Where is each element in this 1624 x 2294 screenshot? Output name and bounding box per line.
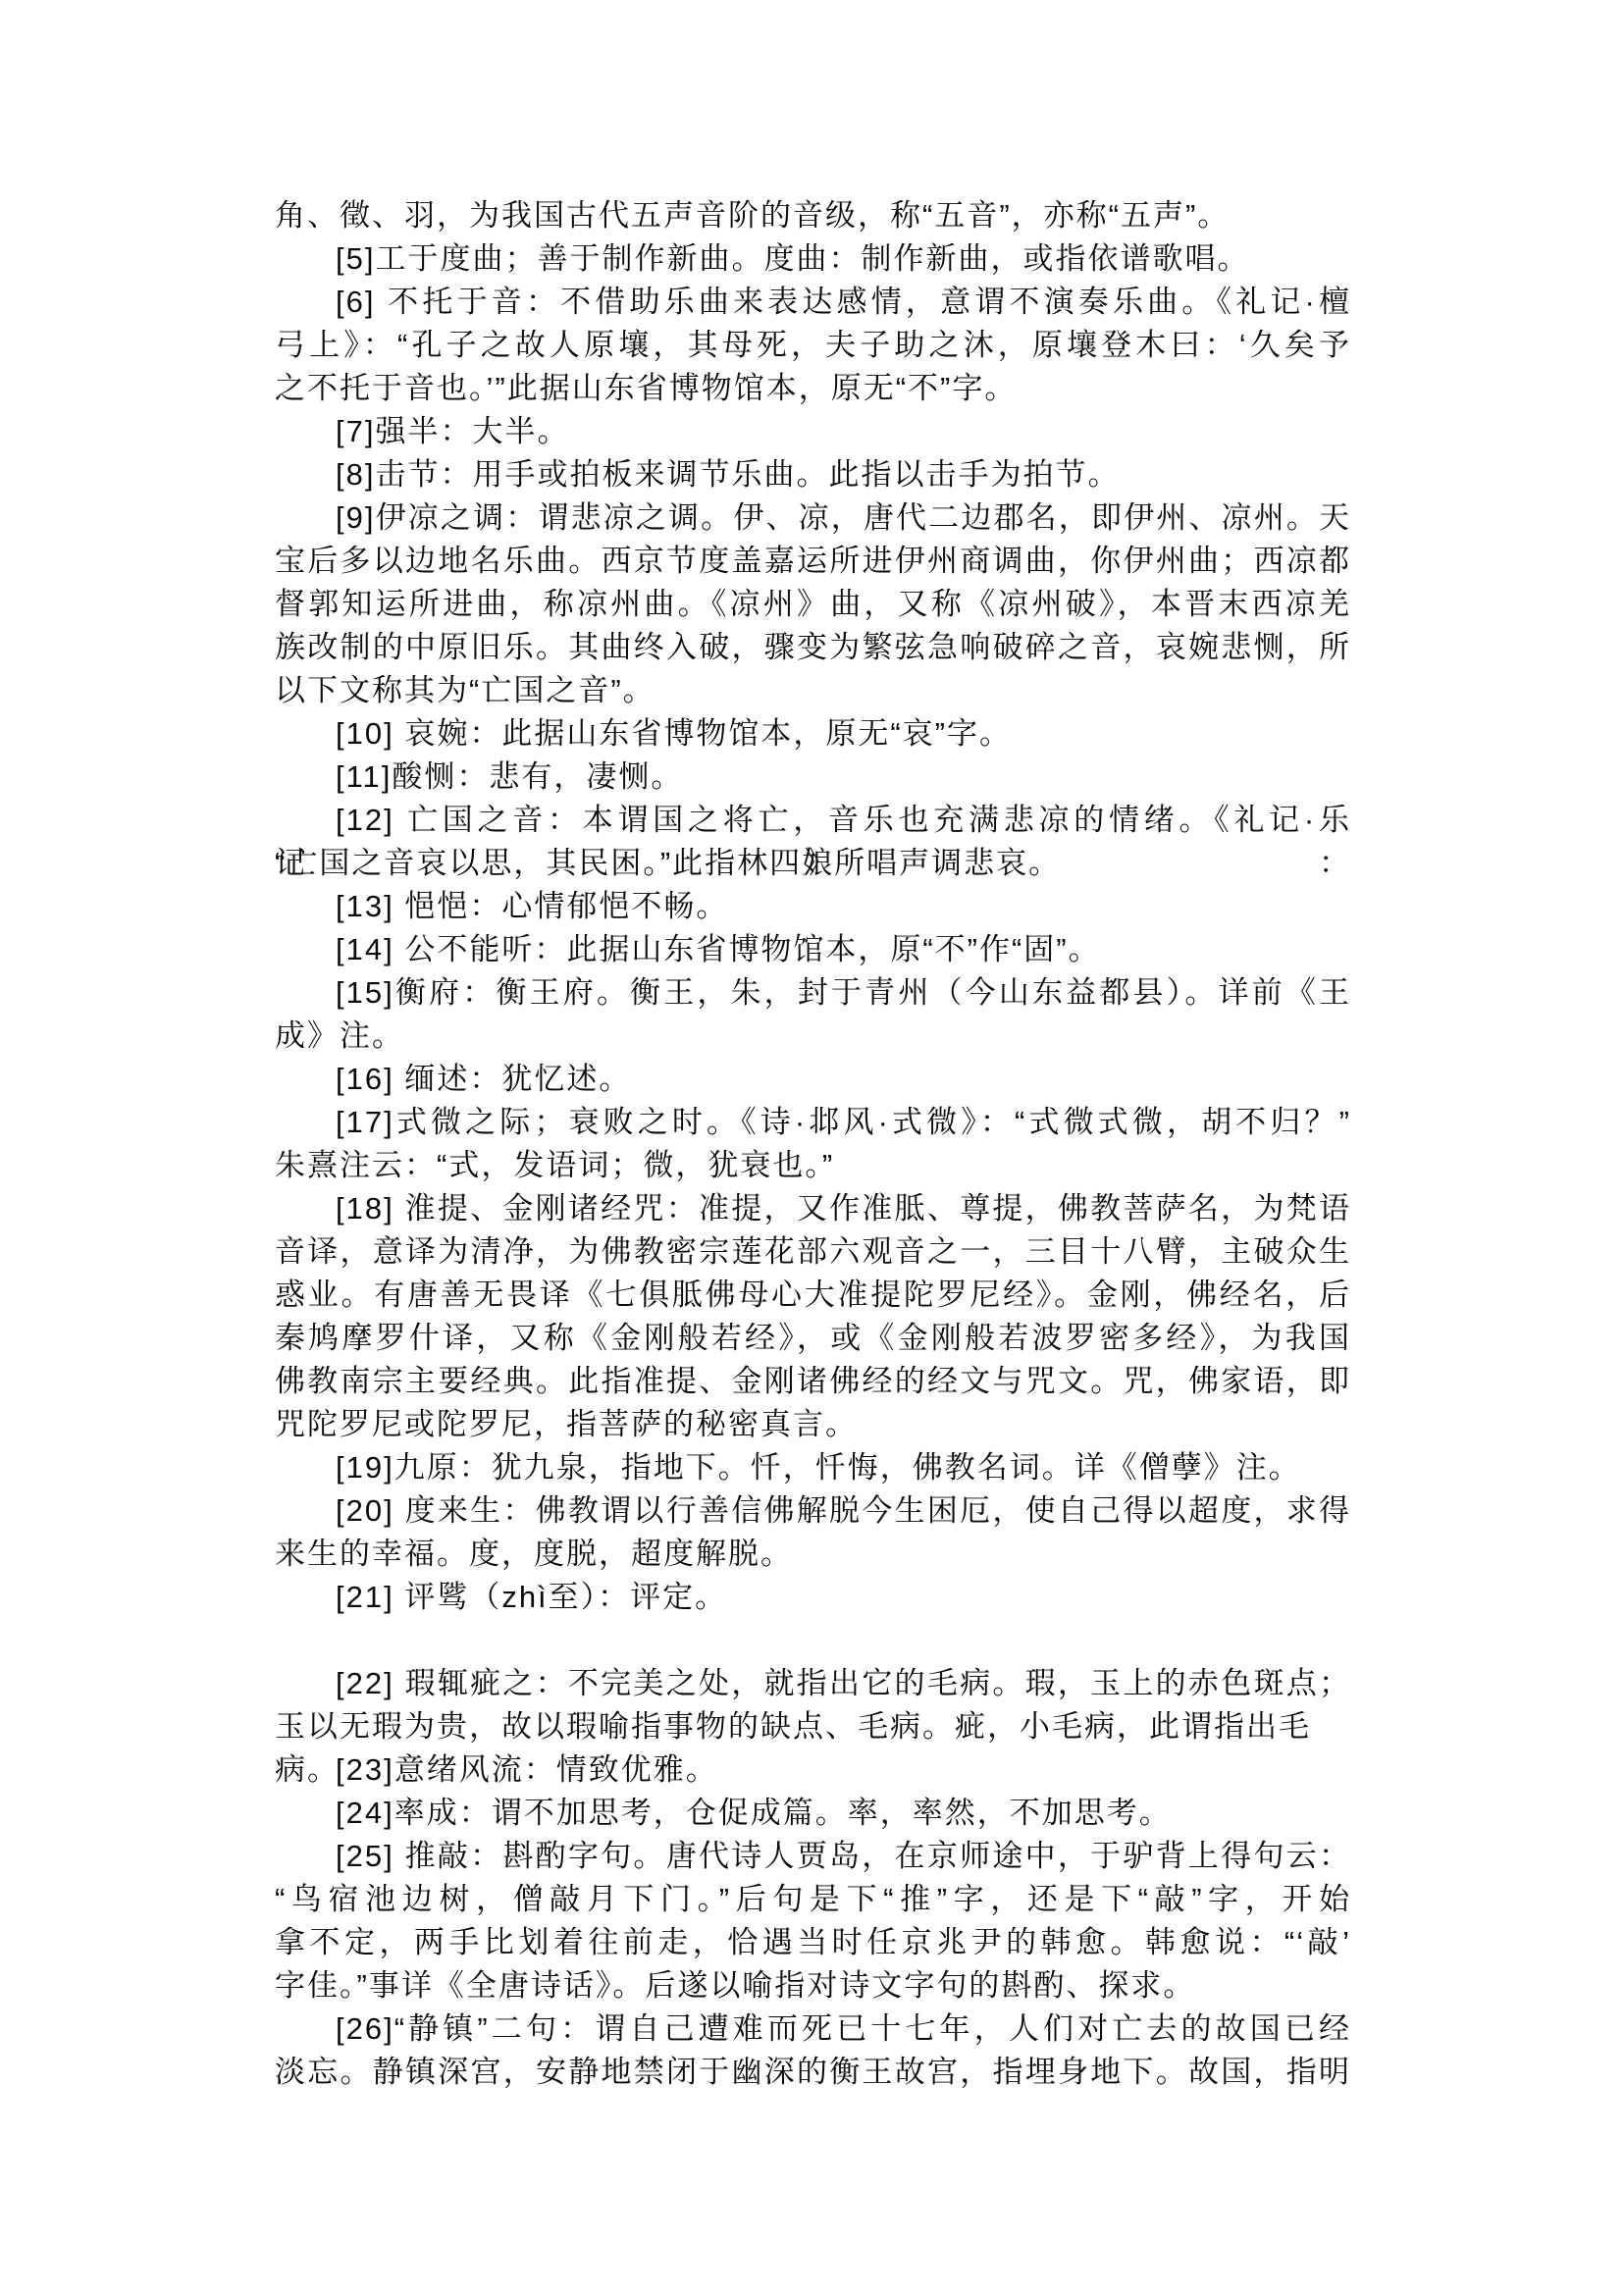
text-line: [26]“静镇”二句：谓自己遭难而死已十七年，人们对亡去的故国已经 bbox=[275, 2007, 1351, 2051]
text-line: [14] 公不能听：此据山东省博物馆本，原“不”作“固”。 bbox=[275, 928, 1351, 971]
text-line: 以下文称其为“亡国之音”。 bbox=[275, 669, 1351, 712]
text-line: [13] 悒悒：心情郁悒不畅。 bbox=[275, 885, 1351, 928]
text-line: [23]意绪风流：情致优雅。 bbox=[275, 1748, 1351, 1792]
text-line: [24]率成：谓不加思考，仓促成篇。率，率然，不加思考。 bbox=[275, 1792, 1351, 1835]
page-text-block: 角、徵、羽，为我国古代五声音阶的音级，称“五音”，亦称“五声”。[5]工于度曲；… bbox=[275, 194, 1351, 2094]
text-line: 来生的幸福。度，度脱，超度解脱。 bbox=[275, 1533, 1351, 1576]
text-line: [25] 推敲：斟酌字句。唐代诗人贾岛，在京师途中，于驴背上得句云： bbox=[275, 1835, 1351, 1878]
text-line: [20] 度来生：佛教谓以行善信佛解脱今生困厄，使自己得以超度，求得 bbox=[275, 1489, 1351, 1533]
text-line: 角、徵、羽，为我国古代五声音阶的音级，称“五音”，亦称“五声”。 bbox=[275, 194, 1351, 237]
text-line: 督郭知运所进曲，称凉州曲。《凉州》曲，又称《凉州破》，本晋末西凉羌 bbox=[275, 583, 1351, 626]
text-line: [15]衡府：衡王府。衡王，朱，封于青州（今山东益都县）。详前《王 bbox=[275, 971, 1351, 1015]
text-line: 宝后多以边地名乐曲。西京节度盖嘉运所进伊州商调曲，你伊州曲；西凉都 bbox=[275, 540, 1351, 583]
text-line: 之不托于音也。’”此据山东省博物馆本，原无“不”字。 bbox=[275, 367, 1351, 410]
text-line: [6] 不托于音：不借助乐曲来表达感情，意谓不演奏乐曲。《礼记·檀 bbox=[275, 281, 1351, 324]
text-line: [5]工于度曲；善于制作新曲。度曲：制作新曲，或指依谱歌唱。 bbox=[275, 237, 1351, 281]
text-line: [8]击节：用手或拍板来调节乐曲。此指以击手为拍节。 bbox=[275, 453, 1351, 496]
text-line: [16] 缅述：犹忆述。 bbox=[275, 1058, 1351, 1101]
text-line: 成》注。 bbox=[275, 1015, 1351, 1058]
text-line: [10] 哀婉：此据山东省博物馆本，原无“哀”字。 bbox=[275, 712, 1351, 756]
text-line: [11]酸恻：悲有，凄恻。 bbox=[275, 756, 1351, 799]
text-line: [12] 亡国之音：本谓国之将亡，音乐也充满悲凉的情绪。《礼记·乐记》： bbox=[275, 799, 1351, 842]
text-line: 惑业。有唐善无畏译《七俱胝佛母心大准提陀罗尼经》。金刚，佛经名，后 bbox=[275, 1274, 1351, 1317]
text-line: 咒陀罗尼或陀罗尼，指菩萨的秘密真言。 bbox=[275, 1403, 1351, 1446]
text-line: [22] 瑕辄疵之：不完美之处，就指出它的毛病。瑕，玉上的赤色斑点； bbox=[275, 1662, 1351, 1705]
text-line: [17]式微之际；衰败之时。《诗·邶风·式微》：“式微式微，胡不归？” bbox=[275, 1101, 1351, 1144]
text-line: [19]九原：犹九泉，指地下。忏，忏悔，佛教名词。详《僧孽》注。 bbox=[275, 1446, 1351, 1489]
text-line: 朱熹注云：“式，发语词；微，犹衰也。” bbox=[275, 1144, 1351, 1187]
text-line: 弓上》：“孔子之故人原壤，其母死，夫子助之沐，原壤登木曰：‘久矣予 bbox=[275, 324, 1351, 367]
text-line: “鸟宿池边树，僧敲月下门。”后句是下“推”字，还是下“敲”字，开始 bbox=[275, 1878, 1351, 1921]
text-line: 字佳。”事详《全唐诗话》。后遂以喻指对诗文字句的斟酌、探求。 bbox=[275, 1964, 1351, 2007]
blank-line bbox=[275, 1619, 1351, 1662]
text-line: 音译，意译为清净，为佛教密宗莲花部六观音之一，三目十八臂，主破众生 bbox=[275, 1230, 1351, 1274]
text-line: 秦鸠摩罗什译，又称《金刚般若经》，或《金刚般若波罗密多经》，为我国 bbox=[275, 1317, 1351, 1360]
text-line: [7]强半：大半。 bbox=[275, 410, 1351, 453]
text-line: [21] 评骘（zhì至）：评定。 bbox=[275, 1576, 1351, 1619]
text-line: 淡忘。静镇深宫，安静地禁闭于幽深的衡王故宫，指埋身地下。故国，指明 bbox=[275, 2051, 1351, 2094]
text-line: 佛教南宗主要经典。此指准提、金刚诸佛经的经文与咒文。咒，佛家语，即 bbox=[275, 1360, 1351, 1403]
text-line: 族改制的中原旧乐。其曲终入破，骤变为繁弦急响破碎之音，哀婉悲恻，所 bbox=[275, 626, 1351, 669]
text-line: 拿不定，两手比划着往前走，恰遇当时任京兆尹的韩愈。韩愈说：“‘敲’ bbox=[275, 1921, 1351, 1964]
document-page: 角、徵、羽，为我国古代五声音阶的音级，称“五音”，亦称“五声”。[5]工于度曲；… bbox=[0, 0, 1624, 2294]
text-line: [18] 淮提、金刚诸经咒：准提，又作准胝、尊提，佛教菩萨名，为梵语 bbox=[275, 1187, 1351, 1230]
text-line: 玉以无瑕为贵，故以瑕喻指事物的缺点、毛病。疵，小毛病，此谓指出毛病。 bbox=[275, 1705, 1351, 1748]
text-line: [9]伊凉之调：谓悲凉之调。伊、凉，唐代二边郡名，即伊州、凉州。天 bbox=[275, 496, 1351, 540]
